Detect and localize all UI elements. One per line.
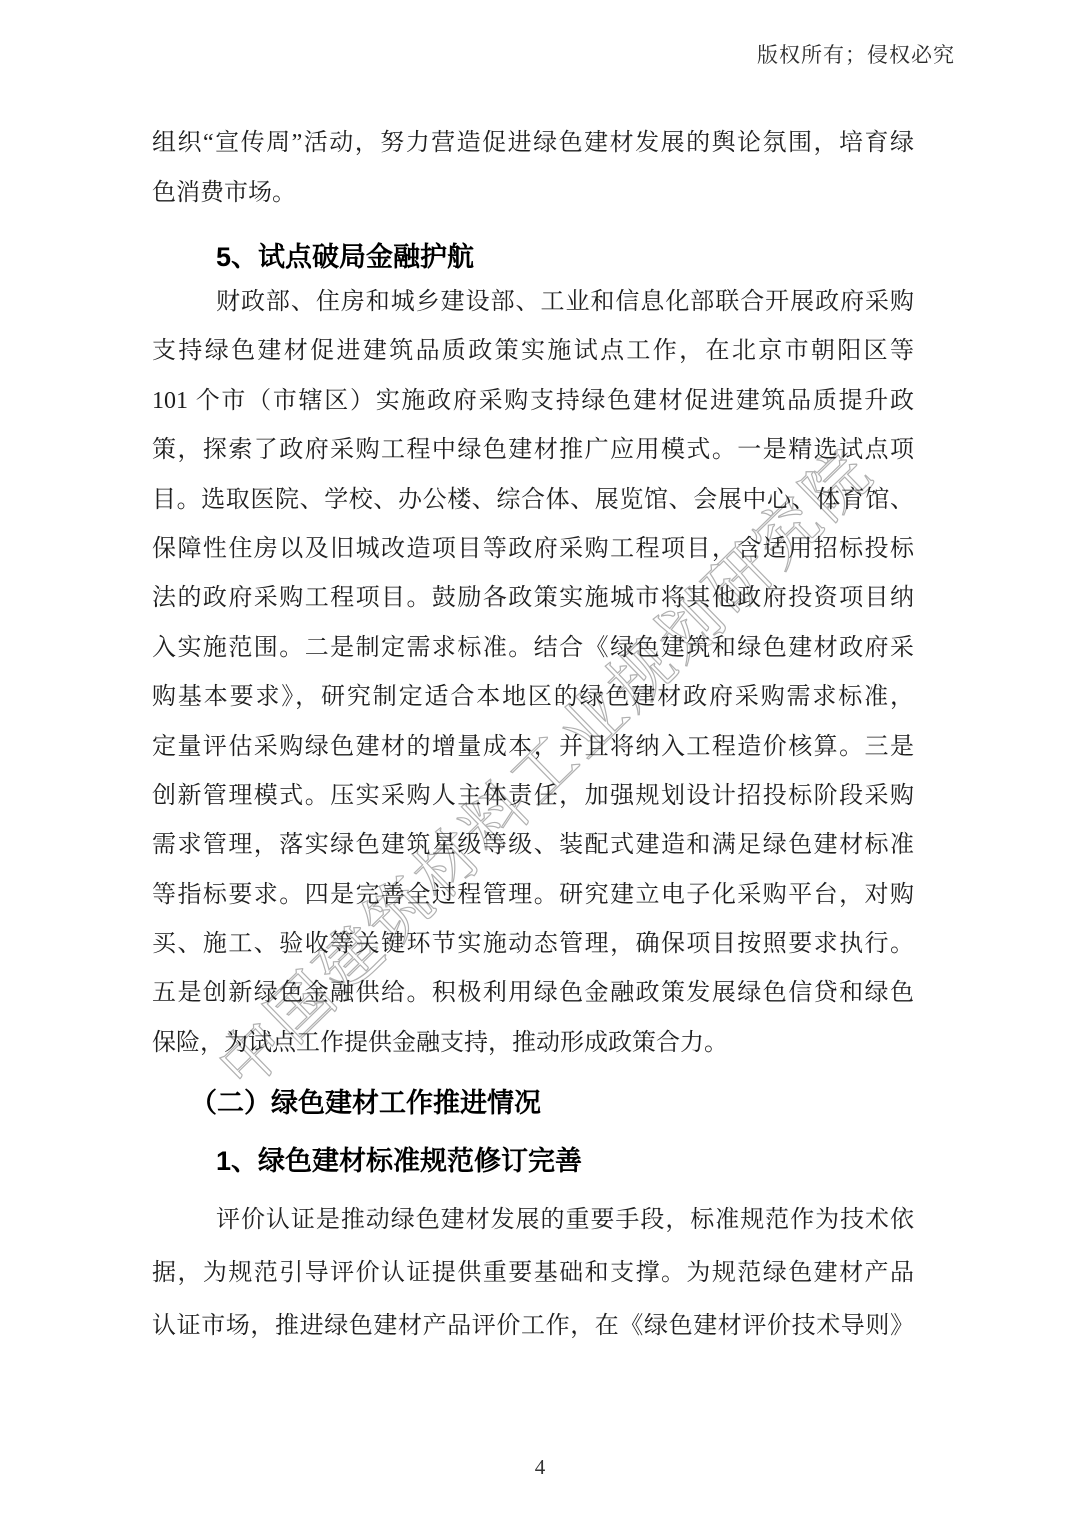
heading-section-5-pilot-finance: 5、试点破局金融护航	[152, 232, 978, 282]
text-line: 财政部、住房和城乡建设部、工业和信息化部联合开展政府采购	[152, 278, 914, 327]
text-line: 入实施范围。二是制定需求标准。结合《绿色建筑和绿色建材政府采	[152, 624, 914, 673]
document-page: 版权所有；侵权必究 中国建筑材料工业规划研究院 组织“宣传周”活动，努力营造促进…	[0, 0, 1080, 1527]
text-line: 色消费市场。	[152, 168, 914, 218]
text-line: 策，探索了政府采购工程中绿色建材推广应用模式。一是精选试点项	[152, 426, 914, 475]
paragraph-intro-continuation: 组织“宣传周”活动，努力营造促进绿色建材发展的舆论氛围，培育绿 色消费市场。	[152, 118, 914, 218]
text-line: 据，为规范引导评价认证提供重要基础和支撑。为规范绿色建材产品	[152, 1247, 914, 1300]
paragraph-section-5: 财政部、住房和城乡建设部、工业和信息化部联合开展政府采购 支持绿色建材促进建筑品…	[152, 278, 914, 1068]
text-line: 需求管理，落实绿色建筑星级等级、装配式建造和满足绿色建材标准	[152, 821, 914, 870]
text-line: 组织“宣传周”活动，努力营造促进绿色建材发展的舆论氛围，培育绿	[152, 118, 914, 168]
text-line: 保险，为试点工作提供金融支持，推动形成政策合力。	[152, 1019, 914, 1068]
text-line: 认证市场，推进绿色建材产品评价工作，在《绿色建材评价技术导则》	[152, 1300, 914, 1353]
text-line: 等指标要求。四是完善全过程管理。研究建立电子化采购平台，对购	[152, 871, 914, 920]
text-line: 买、施工、验收等关键环节实施动态管理，确保项目按照要求执行。	[152, 920, 914, 969]
text-line: 五是创新绿色金融供给。积极利用绿色金融政策发展绿色信贷和绿色	[152, 969, 914, 1018]
text-line: 101 个市（市辖区）实施政府采购支持绿色建材促进建筑品质提升政	[152, 377, 914, 426]
copyright-notice: 版权所有；侵权必究	[757, 40, 955, 70]
text-line: 目。选取医院、学校、办公楼、综合体、展览馆、会展中心、体育馆、	[152, 476, 914, 525]
text-line: 法的政府采购工程项目。鼓励各政策实施城市将其他政府投资项目纳	[152, 574, 914, 623]
text-line: 定量评估采购绿色建材的增量成本，并且将纳入工程造价核算。三是	[152, 723, 914, 772]
text-line: 支持绿色建材促进建筑品质政策实施试点工作，在北京市朝阳区等	[152, 327, 914, 376]
paragraph-item-1: 评价认证是推动绿色建材发展的重要手段，标准规范作为技术依 据，为规范引导评价认证…	[152, 1194, 914, 1352]
text-line: 创新管理模式。压实采购人主体责任，加强规划设计招投标阶段采购	[152, 772, 914, 821]
heading-part-2-green-materials-progress: （二）绿色建材工作推进情况	[152, 1078, 952, 1128]
text-line: 购基本要求》，研究制定适合本地区的绿色建材政府采购需求标准，	[152, 673, 914, 722]
page-number: 4	[0, 1452, 1080, 1482]
text-line: 保障性住房以及旧城改造项目等政府采购工程项目，含适用招标投标	[152, 525, 914, 574]
heading-item-1-standards-revision: 1、绿色建材标准规范修订完善	[152, 1136, 978, 1186]
text-line: 评价认证是推动绿色建材发展的重要手段，标准规范作为技术依	[152, 1194, 914, 1247]
